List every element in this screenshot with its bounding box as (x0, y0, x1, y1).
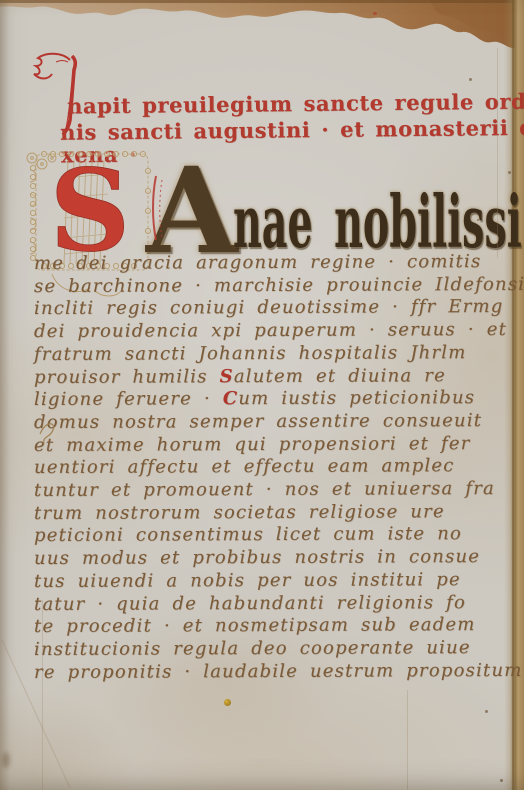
top-stain-edge (0, 0, 524, 52)
body-text-segment: uentiori affectu et effectu eam amplec (34, 456, 455, 479)
body-line: dei prouidencia xpi pauperum · seruus · … (34, 319, 504, 344)
body-text-segment: se barchinone · marchisie prouincie Ilde… (34, 274, 524, 297)
body-line: me dei gracia aragonum regine · comitis (34, 251, 504, 276)
red-speck (373, 12, 377, 15)
body-text-segment: peticioni consentimus licet cum iste no (34, 524, 462, 547)
body-text-segment: re proponitis · laudabile uestrum propos… (34, 660, 523, 683)
body-line: trum nostrorum societas religiose ure (34, 501, 504, 526)
ink-speck (469, 78, 472, 81)
crease-line (407, 690, 408, 790)
body-text-segment: uus modus et probibus nostris in consue (34, 546, 480, 569)
body-text-segment: tus uiuendi a nobis per uos institui pe (34, 569, 461, 592)
marginal-squiggle (38, 418, 62, 450)
body-text-segment: tatur · quia de habundanti religionis fo (34, 592, 466, 615)
body-text-segment: prouisor humilis (34, 366, 220, 388)
body-text-segment: trum nostrorum societas religiose ure (34, 501, 445, 524)
body-line: institucionis regula deo cooperante uiue (34, 637, 504, 662)
crease-line (497, 48, 498, 258)
ink-speck (500, 779, 503, 782)
body-line: incliti regis coniugi deuotissime · ffr … (34, 296, 504, 321)
body-text: me dei gracia aragonum regine · comitiss… (34, 252, 504, 683)
body-text-segment: um iustis peticionibus (238, 387, 475, 409)
body-line: uentiori affectu et effectu eam amplec (34, 455, 504, 480)
body-text-segment: ligione feruere · (34, 388, 223, 410)
body-text-segment: te procedit · et nosmetipsam sub eadem (34, 614, 476, 637)
body-text-segment: tuntur et promouent · nos et uniuersa fr… (34, 478, 495, 501)
body-line: se barchinone · marchisie prouincie Ilde… (34, 274, 504, 299)
body-line: domus nostra semper assentire consueuit (34, 410, 504, 435)
body-text-segment: me dei gracia aragonum regine · comitis (34, 251, 481, 274)
body-line: tus uiuendi a nobis per uos institui pe (34, 569, 504, 594)
body-line: tatur · quia de habundanti religionis fo (34, 592, 504, 617)
body-line: te procedit · et nosmetipsam sub eadem (34, 614, 504, 639)
yellow-dot-stain (224, 699, 231, 706)
ink-speck (508, 171, 511, 174)
body-line: re proponitis · laudabile uestrum propos… (34, 660, 504, 685)
body-line: peticioni consentimus licet cum iste no (34, 523, 504, 548)
body-line: ligione feruere · Cum iustis peticionibu… (34, 387, 504, 412)
body-text-segment: dei prouidencia xpi pauperum · seruus · … (34, 319, 507, 342)
rubricated-letter: C (223, 388, 239, 409)
body-line: uus modus et probibus nostris in consue (34, 546, 504, 571)
body-line: tuntur et promouent · nos et uniuersa fr… (34, 478, 504, 503)
body-text-segment: fratrum sancti Johannis hospitalis Jhrlm (34, 342, 467, 365)
manuscript-page-photo: napit preuilegium sancte regule ordi nis… (0, 0, 524, 790)
body-line: et maxime horum qui propensiori et fer (34, 433, 504, 458)
body-text-segment: institucionis regula deo cooperante uiue (34, 637, 471, 660)
ink-speck (477, 219, 479, 221)
rubric-line-1: napit preuilegium sancte regule ordi (67, 90, 524, 119)
initial-a-red-accents (150, 172, 170, 262)
body-text-segment: domus nostra semper assentire consueuit (34, 410, 482, 433)
display-text: nae nobilissi (233, 186, 522, 258)
rubric-line-2: nis sancti augustini · et monasterii de … (60, 115, 524, 144)
body-text-segment: et maxime horum qui propensiori et fer (34, 433, 471, 456)
body-line: prouisor humilis Salutem et diuina re (34, 364, 504, 389)
body-line: fratrum sancti Johannis hospitalis Jhrlm (34, 342, 504, 367)
ink-speck (485, 710, 488, 713)
rubricated-letter: S (220, 366, 234, 387)
crease-diagonal (0, 620, 90, 790)
body-text-segment: alutem et diuina re (234, 365, 446, 387)
body-text-segment: incliti regis coniugi deuotissime · ffr … (34, 296, 504, 319)
